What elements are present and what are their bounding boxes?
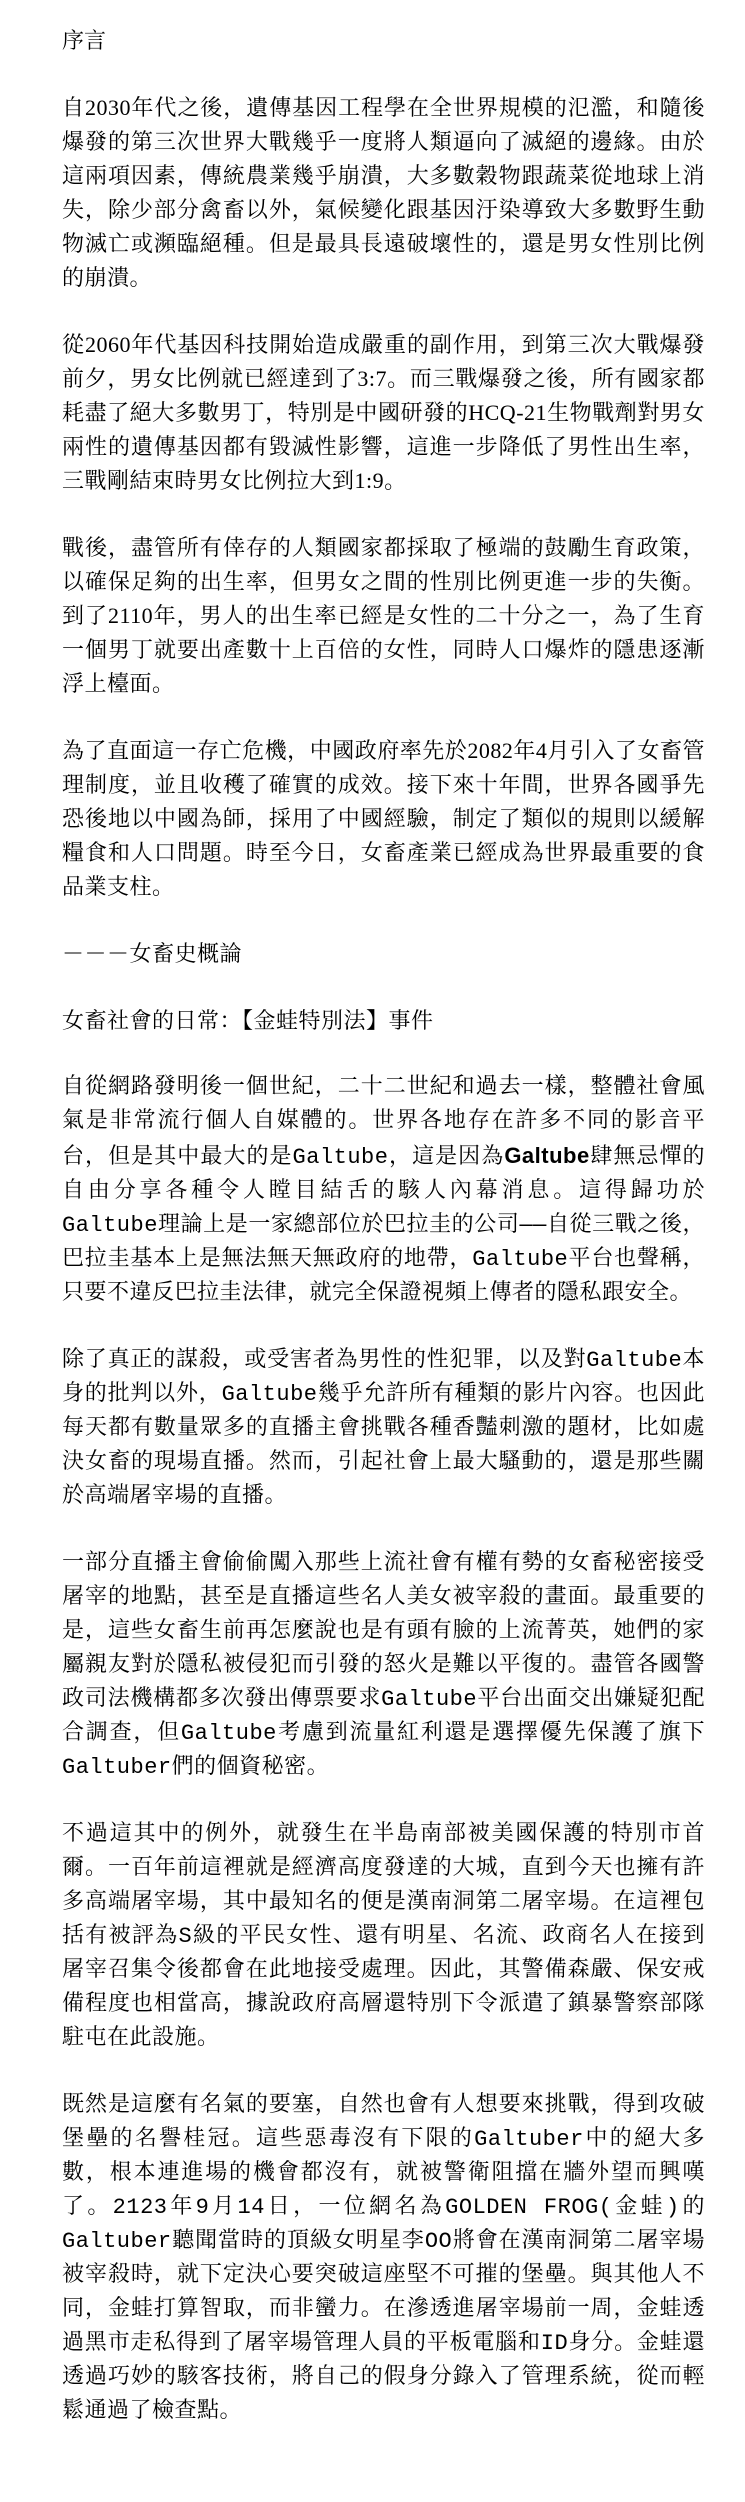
paragraph: 除了真正的謀殺，或受害者為男性的性犯罪，以及對Galtube本身的批判以外，Ga… [62, 1344, 705, 1514]
paragraph-text: 為了直面這一存亡危機，中國政府率先於2082年4月引入了女畜管理制度，並且收穫了… [62, 738, 705, 899]
paragraph: 女畜社會的日常：【金蛙特別法】事件 [62, 1004, 705, 1038]
paragraph-text: 一部分直播主會偷偷闖入那些上流社會有權有勢的女畜秘密接受屠宰的地點，甚至是直播這… [62, 1551, 705, 1780]
paragraph-text: 從2060年代基因科技開始造成嚴重的副作用，到第三次大戰爆發前夕，男女比例就已經… [62, 332, 705, 493]
paragraph: －－－女畜史概論 [62, 937, 705, 971]
paragraph: 自2030年代之後，遺傳基因工程學在全世界規模的氾濫，和隨後爆發的第三次世界大戰… [62, 91, 705, 295]
paragraph: 戰後，盡管所有倖存的人類國家都採取了極端的鼓勵生育政策，以確保足夠的出生率，但男… [62, 531, 705, 701]
paragraph-text: 不過這其中的例外，就發生在半島南部被美國保護的特別市首爾。一百年前這裡就是經濟高… [62, 1822, 705, 2051]
paragraph-text: 既然是這麼有名氣的要塞，自然也會有人想要來挑戰，得到攻破堡壘的名譽桂冠。這些惡毒… [62, 2093, 705, 2424]
paragraph: 既然是這麼有名氣的要塞，自然也會有人想要來挑戰，得到攻破堡壘的名譽桂冠。這些惡毒… [62, 2089, 705, 2429]
paragraph-text: 自2030年代之後，遺傳基因工程學在全世界規模的氾濫，和隨後爆發的第三次世界大戰… [62, 95, 705, 290]
document-title: 序言 [62, 24, 705, 58]
document: 序言 自2030年代之後，遺傳基因工程學在全世界規模的氾濫，和隨後爆發的第三次世… [0, 0, 745, 2502]
paragraph-text: 戰後，盡管所有倖存的人類國家都採取了極端的鼓勵生育政策，以確保足夠的出生率，但男… [62, 535, 705, 696]
paragraph-text: －－－女畜史概論 [62, 941, 242, 966]
document-body: 自2030年代之後，遺傳基因工程學在全世界規模的氾濫，和隨後爆發的第三次世界大戰… [62, 91, 705, 2429]
paragraph: 從2060年代基因科技開始造成嚴重的副作用，到第三次大戰爆發前夕，男女比例就已經… [62, 328, 705, 498]
paragraph: 一部分直播主會偷偷闖入那些上流社會有權有勢的女畜秘密接受屠宰的地點，甚至是直播這… [62, 1547, 705, 1785]
paragraph: 不過這其中的例外，就發生在半島南部被美國保護的特別市首爾。一百年前這裡就是經濟高… [62, 1818, 705, 2056]
paragraph: 自從網路發明後一個世紀，二十二世紀和過去一樣，整體社會風氣是非常流行個人自媒體的… [62, 1071, 705, 1311]
paragraph: 為了直面這一存亡危機，中國政府率先於2082年4月引入了女畜管理制度，並且收穫了… [62, 734, 705, 904]
paragraph-text: 女畜社會的日常：【金蛙特別法】事件 [62, 1008, 434, 1033]
paragraph-text: 除了真正的謀殺，或受害者為男性的性犯罪，以及對Galtube本身的批判以外，Ga… [62, 1348, 705, 1509]
brand-name-bold-text: Galtube [504, 1143, 589, 1168]
